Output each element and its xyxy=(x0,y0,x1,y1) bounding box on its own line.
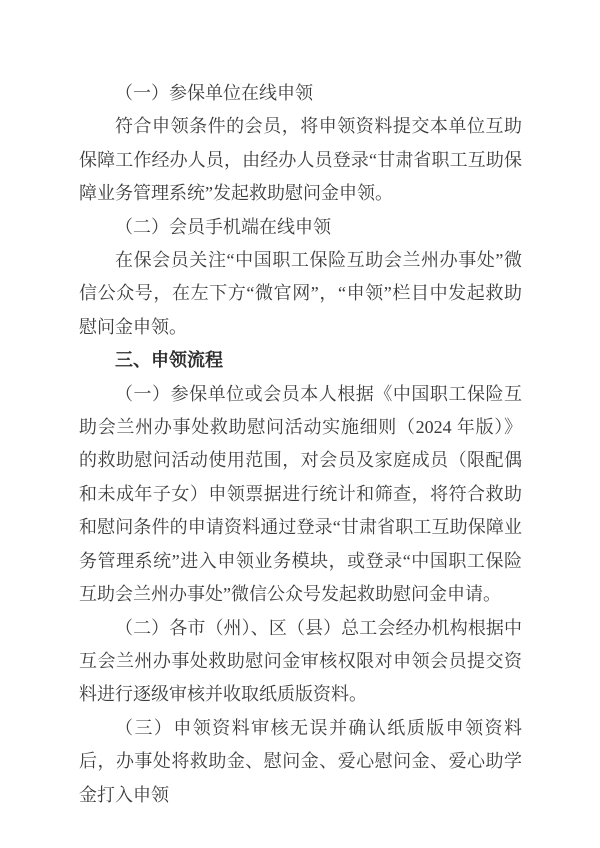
document-content: （一）参保单位在线申领 符合申领条件的会员，将申领资料提交本单位互助保障工作经办… xyxy=(79,77,522,812)
subheading-online-claim-by-member-mobile: （二）会员手机端在线申领 xyxy=(79,211,522,244)
paragraph-employer-claim-process: 符合申领条件的会员，将申领资料提交本单位互助保障工作经办人员，由经办人员登录“甘… xyxy=(79,110,522,210)
paragraph-procedure-step-2: （二）各市（州）、区（县）总工会经办机构根据中互会兰州办事处救助慰问金审核权限对… xyxy=(79,612,522,712)
paragraph-member-mobile-claim-process: 在保会员关注“中国职工保险互助会兰州办事处”微信公众号，在左下方“微官网”，“申… xyxy=(79,244,522,344)
document-page: （一）参保单位在线申领 符合申领条件的会员，将申领资料提交本单位互助保障工作经办… xyxy=(0,0,600,848)
section-heading-claim-procedure: 三、申领流程 xyxy=(79,344,522,377)
subheading-online-claim-by-employer: （一）参保单位在线申领 xyxy=(79,77,522,110)
paragraph-procedure-step-3: （三）申领资料审核无误并确认纸质版申领资料后，办事处将救助金、慰问金、爱心慰问金… xyxy=(79,712,522,812)
paragraph-procedure-step-1: （一）参保单位或会员本人根据《中国职工保险互助会兰州办事处救助慰问活动实施细则（… xyxy=(79,378,522,612)
